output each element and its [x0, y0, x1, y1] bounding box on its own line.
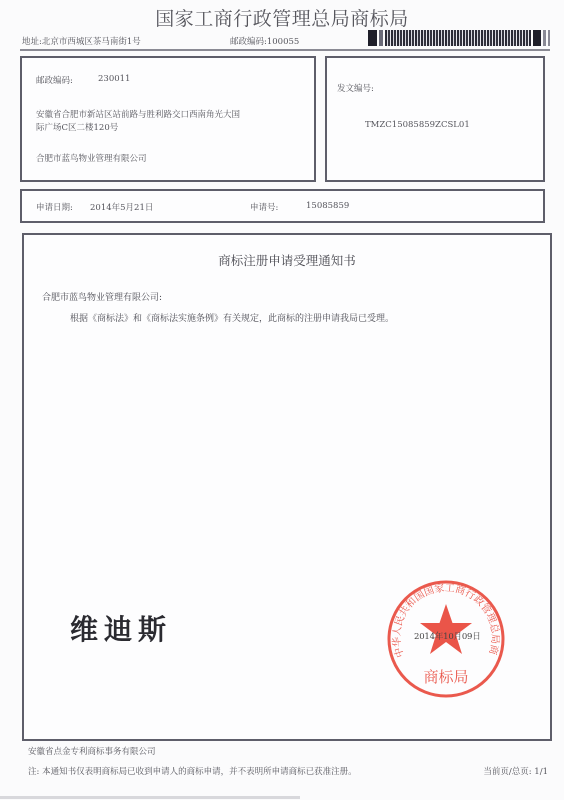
seal-center-text: 商标局 — [423, 668, 468, 686]
trademark-text: 维迪斯 — [70, 608, 172, 648]
recipient-box: 邮政编码: 230011 安徽省合肥市新站区站前路与胜利路交口西南角光大国 际广… — [20, 56, 316, 182]
application-date-label: 申请日期: — [36, 201, 73, 213]
agent-name: 安徽省点金专利商标事务有限公司 — [28, 745, 156, 757]
recipient-address-line1: 安徽省合肥市新站区站前路与胜利路交口西南角光大国 — [36, 108, 240, 120]
notice-body: 根据《商标法》和《商标法实施条例》有关规定，此商标的注册申请我局已受理。 — [70, 311, 394, 324]
header-divider — [20, 49, 550, 51]
application-date-value: 2014年5月21日 — [90, 201, 153, 213]
notice-heading: 商标注册申请受理通知书 — [24, 251, 550, 269]
document-number-label: 发文编号: — [337, 82, 374, 94]
application-number-value: 15085859 — [306, 201, 349, 211]
document-number-value: TMZC15085859ZCSL01 — [365, 120, 470, 130]
notice-addressee: 合肥市蓝鸟物业管理有限公司: — [42, 290, 162, 303]
issuer-postal-code: 邮政编码:100055 — [230, 35, 299, 47]
barcode-icon — [368, 30, 550, 46]
seal-date: 2014年10月09日 — [414, 630, 481, 642]
scan-edge — [0, 796, 300, 799]
recipient-company: 合肥市蓝鸟物业管理有限公司 — [36, 152, 147, 164]
document-number-box: 发文编号: TMZC15085859ZCSL01 — [325, 56, 545, 182]
application-info-box: 申请日期: 2014年5月21日 申请号: 15085859 — [20, 189, 545, 223]
page-indicator: 当前页/总页: 1/1 — [483, 765, 548, 777]
recipient-postal-value: 230011 — [98, 74, 130, 84]
issuer-title: 国家工商行政管理总局商标局 — [0, 4, 564, 31]
document-page: 国家工商行政管理总局商标局 地址:北京市西城区茶马南街1号 邮政编码:10005… — [0, 0, 564, 800]
recipient-postal-label: 邮政编码: — [36, 74, 73, 86]
issuer-address: 地址:北京市西城区茶马南街1号 — [22, 35, 141, 47]
recipient-address-line2: 际广场C区二楼120号 — [36, 121, 118, 133]
footer-note: 注: 本通知书仅表明商标局已收到申请人的商标申请，并不表明所申请商标已获准注册。 — [28, 765, 357, 777]
application-number-label: 申请号: — [250, 201, 278, 213]
star-icon — [420, 604, 472, 654]
